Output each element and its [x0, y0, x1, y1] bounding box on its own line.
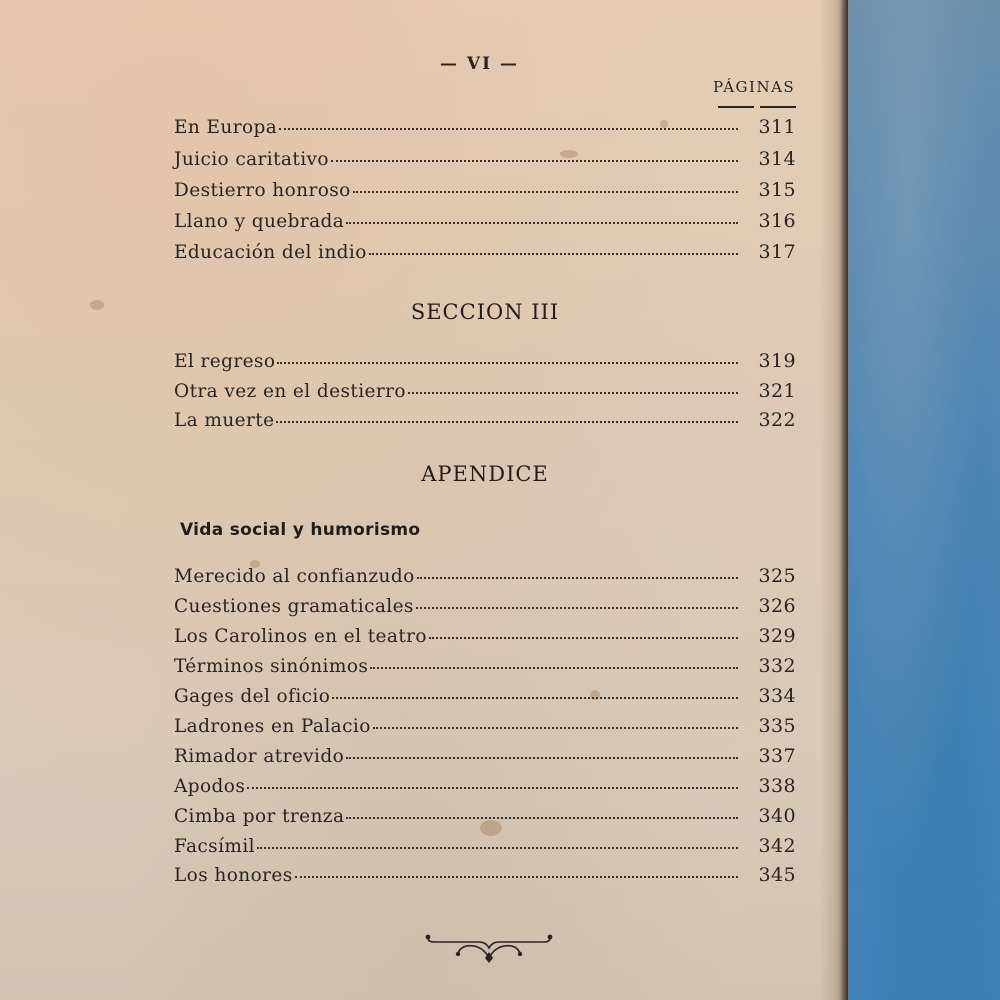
dot-leader	[370, 666, 738, 669]
toc-entry-title: Llano y quebrada	[174, 211, 344, 232]
toc-entry-page: 321	[752, 380, 796, 402]
toc-entry: Educación del indio 317	[174, 241, 796, 269]
toc-entry-page: 334	[752, 685, 796, 707]
toc-entry-page: 316	[752, 210, 796, 232]
toc-entry: Destierro honroso 315	[174, 179, 796, 207]
toc-entry: Otra vez en el destierro 321	[174, 380, 796, 408]
toc-entry: Facsímil 342	[174, 835, 796, 863]
toc-entry-page: 335	[752, 715, 796, 737]
toc-entry-title: Facsímil	[174, 836, 255, 857]
dot-leader	[369, 252, 738, 255]
toc-entry-page: 337	[752, 745, 796, 767]
toc-entry: Gages del oficio 334	[174, 685, 796, 713]
toc-entry-page: 315	[752, 179, 796, 201]
toc-entry-title: Los Carolinos en el teatro	[174, 626, 427, 647]
dot-leader	[429, 636, 738, 639]
dot-leader	[416, 606, 738, 609]
toc-entry-title: Apodos	[174, 776, 245, 797]
foxing-spot	[90, 300, 104, 310]
toc-entry-title: Cuestiones gramaticales	[174, 596, 414, 617]
toc-entry: Llano y quebrada 316	[174, 210, 796, 238]
column-header-rule	[718, 106, 796, 108]
toc-entry: En Europa 311	[174, 116, 796, 144]
dot-leader	[332, 696, 738, 699]
toc-entry-page: 317	[752, 241, 796, 263]
toc-entry-title: Términos sinónimos	[174, 656, 368, 677]
toc-entry: Cimba por trenza 340	[174, 805, 796, 833]
dot-leader	[346, 221, 738, 224]
tailpiece-flourish-icon	[424, 928, 554, 964]
dot-leader	[247, 786, 738, 789]
toc-entry-title: Los honores	[174, 865, 293, 886]
dot-leader	[295, 875, 738, 878]
toc-entry-title: Rimador atrevido	[174, 746, 344, 767]
dot-leader	[277, 361, 738, 364]
dot-leader	[417, 576, 738, 579]
toc-entry-page: 329	[752, 625, 796, 647]
toc-entry-title: La muerte	[174, 410, 274, 431]
toc-entry: La muerte 322	[174, 409, 796, 437]
toc-entry: Términos sinónimos 332	[174, 655, 796, 683]
toc-entry-title: Cimba por trenza	[174, 806, 344, 827]
toc-entry-page: 314	[752, 148, 796, 170]
section-heading-seccion-iii: SECCION III	[174, 300, 796, 324]
toc-entry-title: Ladrones en Palacio	[174, 716, 371, 737]
toc-entry-title: El regreso	[174, 351, 275, 372]
toc-entry-page: 325	[752, 565, 796, 587]
toc-entry-page: 332	[752, 655, 796, 677]
toc-entry: Juicio caritativo 314	[174, 148, 796, 176]
subsection-heading: Vida social y humorismo	[180, 520, 420, 540]
toc-entry-page: 342	[752, 835, 796, 857]
blue-cover-board	[848, 0, 1000, 1000]
toc-entry-title: Merecido al confianzudo	[174, 566, 415, 587]
toc-entry-title: En Europa	[174, 117, 277, 138]
toc-entry-title: Juicio caritativo	[174, 149, 329, 170]
toc-entry-page: 345	[752, 864, 796, 886]
toc-entry-page: 340	[752, 805, 796, 827]
dot-leader	[373, 726, 738, 729]
dot-leader	[346, 756, 738, 759]
toc-entry-title: Destierro honroso	[174, 180, 351, 201]
toc-entry-title: Gages del oficio	[174, 686, 330, 707]
toc-entry-page: 338	[752, 775, 796, 797]
toc-entry-title: Educación del indio	[174, 242, 367, 263]
toc-entry: Ladrones en Palacio 335	[174, 715, 796, 743]
dot-leader	[346, 816, 738, 819]
toc-entry: Apodos 338	[174, 775, 796, 803]
toc-entry-page: 326	[752, 595, 796, 617]
dot-leader	[276, 420, 738, 423]
toc-entry: Los Carolinos en el teatro 329	[174, 625, 796, 653]
toc-entry: Cuestiones gramaticales 326	[174, 595, 796, 623]
dot-leader	[353, 190, 738, 193]
column-header-paginas: PÁGINAS	[713, 78, 795, 96]
section-heading-apendice: APENDICE	[174, 462, 796, 486]
toc-entry: El regreso 319	[174, 350, 796, 378]
toc-entry: Los honores 345	[174, 864, 796, 892]
toc-entry-title: Otra vez en el destierro	[174, 381, 406, 402]
dot-leader	[331, 159, 738, 162]
toc-entry-page: 322	[752, 409, 796, 431]
dot-leader	[408, 391, 738, 394]
book-page: — VI — PÁGINAS En Europa 311 Juicio cari…	[0, 0, 848, 1000]
toc-entry: Merecido al confianzudo 325	[174, 565, 796, 593]
dot-leader	[257, 846, 738, 849]
page-folio: — VI —	[440, 54, 519, 74]
toc-entry-page: 311	[752, 116, 796, 138]
toc-entry-page: 319	[752, 350, 796, 372]
toc-entry: Rimador atrevido 337	[174, 745, 796, 773]
dot-leader	[279, 127, 738, 130]
